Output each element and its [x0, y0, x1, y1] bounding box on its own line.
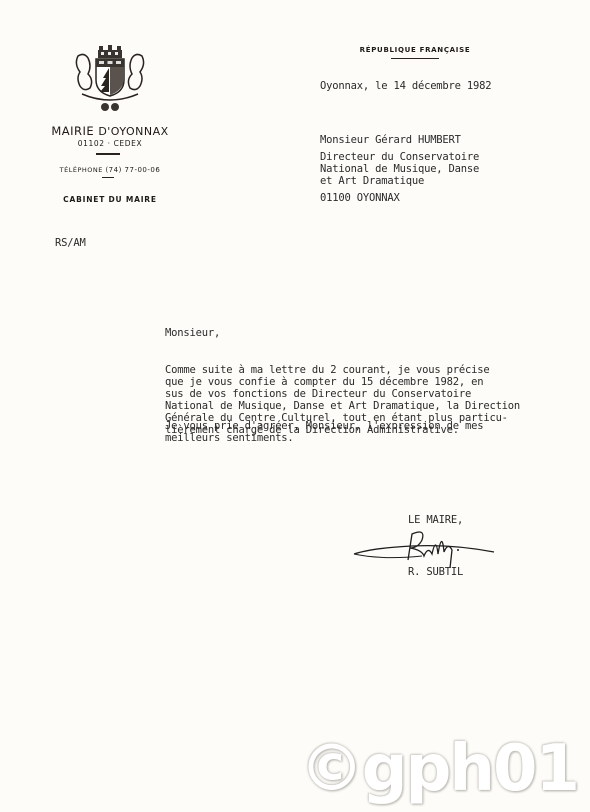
letterhead-title-small: D'OYONNAX: [98, 125, 168, 138]
recipient-name: Monsieur Gérard HUMBERT: [320, 134, 479, 146]
letterhead-divider: [96, 153, 120, 155]
republic-label: RÉPUBLIQUE FRANÇAISE: [345, 46, 485, 54]
letterhead-title: MAIRIE D'OYONNAX: [30, 124, 190, 138]
body-line: meilleurs sentiments.: [165, 432, 483, 444]
date-line: Oyonnax, le 14 décembre 1982: [320, 80, 491, 92]
letterhead-postcode: 01102 · CEDEX: [30, 139, 190, 148]
letterhead-title-main: MAIRIE: [51, 124, 94, 138]
body-line: que je vous confie à compter du 15 décem…: [165, 376, 520, 388]
reference-code: RS/AM: [55, 237, 86, 249]
letterhead-phone: TÉLÉPHONE (74) 77-00-06: [30, 166, 190, 174]
body-line: National de Musique, Danse et Art Dramat…: [165, 400, 520, 412]
recipient-title-line: Directeur du Conservatoire: [320, 151, 479, 163]
handwritten-signature-icon: [352, 526, 502, 570]
body-paragraph-2: Je vous prie d'agréer, Monsieur, l'expre…: [165, 420, 483, 444]
letterhead-department: CABINET DU MAIRE: [30, 195, 190, 204]
body-line: Je vous prie d'agréer, Monsieur, l'expre…: [165, 420, 483, 432]
recipient-block: Monsieur Gérard HUMBERT Directeur du Con…: [320, 134, 479, 204]
phone-number: (74) 77-00-06: [105, 166, 160, 174]
body-line: Comme suite à ma lettre du 2 courant, je…: [165, 364, 520, 376]
coat-of-arms-icon: [68, 44, 152, 114]
recipient-title-line: et Art Dramatique: [320, 175, 479, 187]
republic-divider: [391, 58, 439, 59]
salutation: Monsieur,: [165, 327, 220, 339]
signatory-title: LE MAIRE,: [408, 514, 463, 526]
phone-label: TÉLÉPHONE: [60, 166, 103, 174]
letterhead-divider-small: [102, 177, 114, 178]
body-line: sus de vos fonctions de Directeur du Con…: [165, 388, 520, 400]
copyright-watermark: ©gph01: [300, 732, 578, 806]
recipient-title-line: National de Musique, Danse: [320, 163, 479, 175]
recipient-address: 01100 OYONNAX: [320, 192, 479, 204]
signatory-name: R. SUBTIL: [408, 566, 463, 578]
